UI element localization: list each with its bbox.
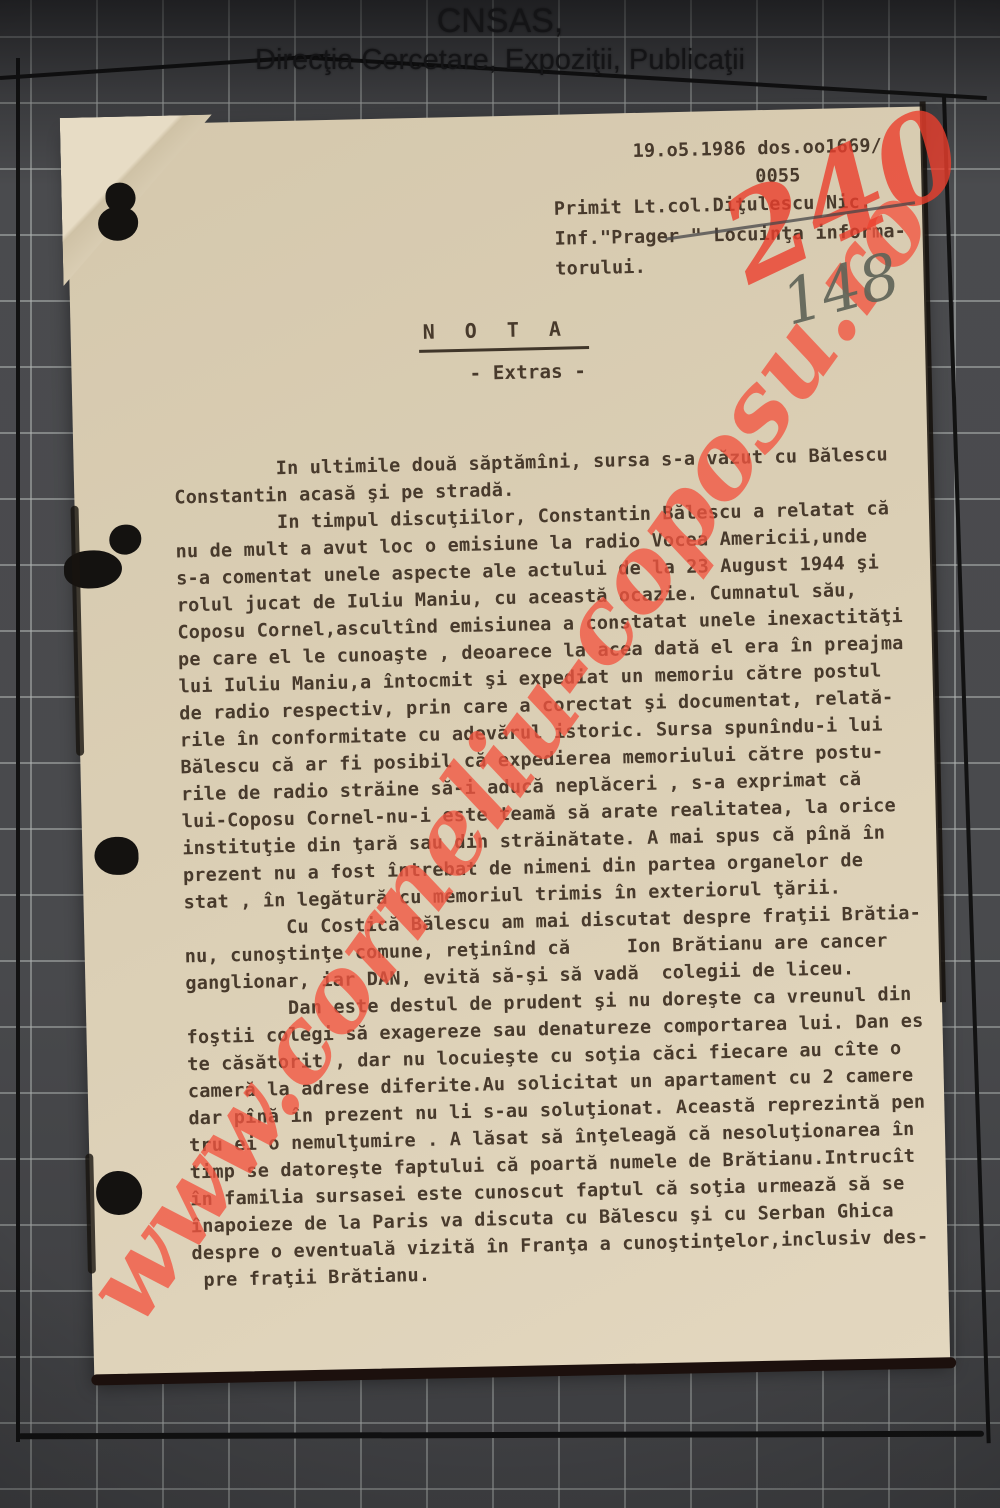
title-underline — [419, 346, 589, 353]
archive-department-name: Direcţia Cercetare, Expoziţii, Publicaţi… — [0, 44, 1000, 77]
punch-hole — [109, 524, 142, 555]
corner-fold — [60, 115, 216, 286]
document-subtitle: - Extras - — [469, 360, 586, 385]
document-title: N O T A — [422, 316, 570, 343]
frame-wire-left — [16, 58, 20, 1442]
archive-caption: CNSAS, Direcţia Cercetare, Expoziţii, Pu… — [0, 2, 1000, 77]
archive-org-name: CNSAS, — [0, 2, 1000, 40]
punch-hole — [98, 206, 139, 241]
informer-line-2: torului. — [555, 257, 646, 280]
document-page: 19.o5.1986 dos.oo1669/ 0055 Primit Lt.co… — [66, 106, 950, 1377]
punch-hole — [94, 836, 139, 875]
document-body: In ultimile două săptămîni, sursa s-a vă… — [173, 441, 929, 1295]
